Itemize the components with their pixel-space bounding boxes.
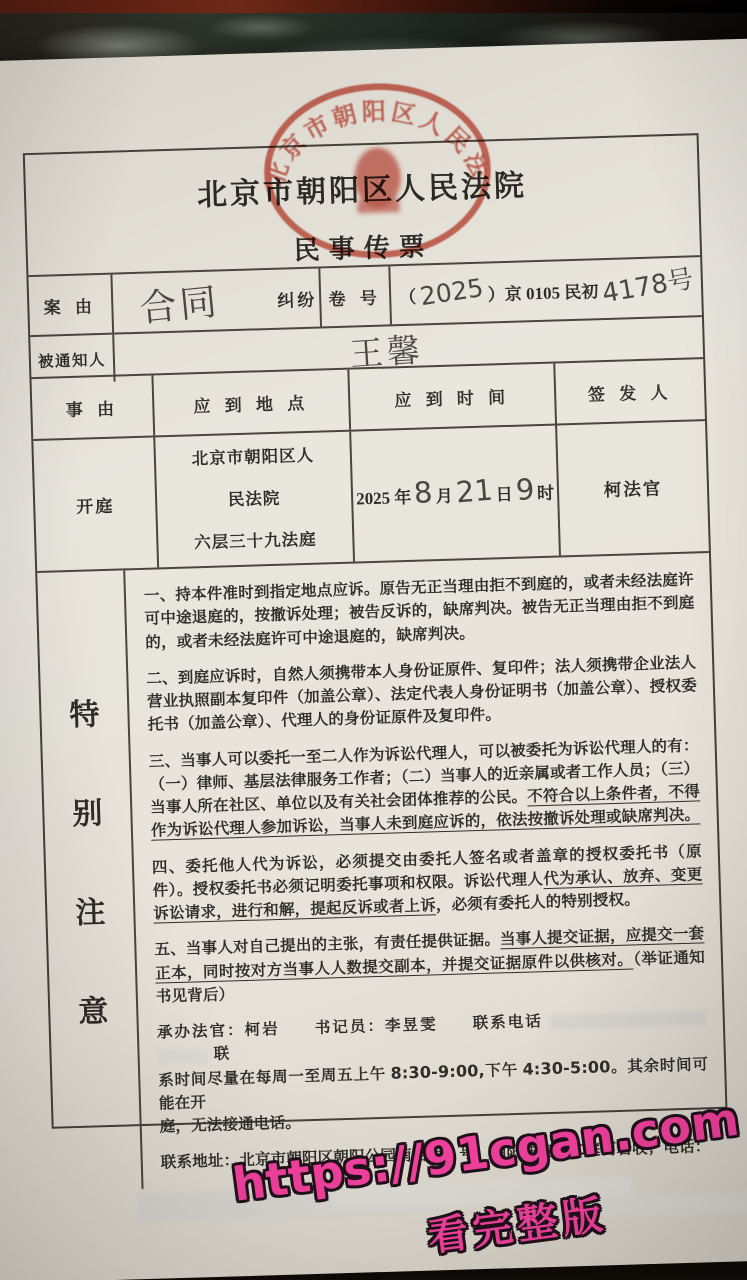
notice-char-3: 注 (75, 887, 106, 932)
file-no-label: 卷 号 (318, 266, 390, 326)
notice-char-1: 特 (69, 689, 100, 734)
header-matter: 事 由 (31, 376, 153, 440)
session-time: 2025 年 8 月 21 日 9 时 (349, 426, 559, 562)
contact-time-pm: 4:30-5:00 (522, 1057, 611, 1079)
session-issuer: 柯法官 (555, 421, 709, 555)
phone-label: 联系电话 (472, 1013, 543, 1032)
file-no-open-paren: （ (399, 282, 417, 307)
session-place: 北京市朝阳区人 民法院 六层三十九法庭 (153, 432, 353, 568)
header-time: 应 到 时 间 (347, 364, 555, 430)
summons-paper: 北京市朝阳区人民法院 北京市朝阳区人民法院 民事传票 案 由 合同 纠纷 卷 号… (0, 38, 747, 1280)
contact-time-am: 8:30-9:00, (390, 1060, 485, 1082)
seal-emblem (354, 147, 402, 213)
session-matter: 开庭 (33, 437, 157, 571)
row-special-notice: 特 别 注 意 一、持本件准时到指定地点应诉。原告无正当理由拒不到庭的，或者未经… (37, 551, 725, 1127)
phone-redaction (549, 1010, 707, 1030)
notice-char-4: 意 (78, 986, 109, 1031)
file-no-number-handwriting: 4178号 (599, 258, 696, 310)
clerk-name: 书记员：李昱雯 (315, 1016, 438, 1037)
notice-paragraph-2: 二、到庭应诉时，自然人须携带本人身份证原件、复印件；法人须携带企业法人营业执照副… (146, 651, 698, 737)
notice-paragraph-1: 一、持本件准时到指定地点应诉。原告无正当理由拒不到庭的，或者未经法庭许可中途退庭… (144, 569, 696, 655)
time-day-printed: 日 (495, 479, 513, 504)
case-cause-label: 案 由 (28, 275, 112, 335)
summons-table: 北京市朝阳区人民法院 民事传票 案 由 合同 纠纷 卷 号 （ 2025 ）京 … (23, 133, 728, 1129)
time-hour-printed: 时 (537, 478, 555, 503)
table-edge-strip (0, 0, 747, 13)
place-line-1: 北京市朝阳区人 (191, 435, 315, 481)
time-month-handwriting: 8 (413, 475, 434, 510)
contact-cont-char: 联 (213, 1046, 229, 1063)
photo-of-court-summons: { "doc": { "court": "北京市朝阳区人民法院", "doc_t… (0, 0, 747, 1280)
phone-redaction-2 (157, 1048, 209, 1065)
notice-char-2: 别 (72, 788, 103, 833)
notice-paragraph-4: 四、委托他人代为诉讼，必须提交由委托人签名或者盖章的授权委托书（原件）。授权委托… (152, 840, 704, 926)
time-day-handwriting: 21 (454, 473, 494, 510)
file-no-year-handwriting: 2025 (418, 272, 485, 310)
file-no-value: （ 2025 ）京 0105 民初 4178号 (388, 257, 702, 324)
time-month-printed: 月 (435, 481, 453, 506)
row-session: 开庭 北京市朝阳区人 民法院 六层三十九法庭 2025 年 8 月 21 日 9… (33, 419, 709, 571)
case-cause-value: 合同 纠纷 (110, 269, 320, 333)
notice-body: 一、持本件准时到指定地点应诉。原告无正当理由拒不到庭的，或者未经法庭许可中途退庭… (123, 553, 727, 1189)
place-line-3: 六层三十九法庭 (194, 519, 318, 565)
time-year-printed: 2025 年 (356, 482, 412, 509)
header-issuer: 签 发 人 (553, 359, 705, 423)
case-cause-printed: 纠纷 (277, 285, 318, 311)
case-cause-handwriting: 合同 (137, 271, 222, 333)
place-line-2: 民法院 (192, 477, 316, 523)
judge-name: 承办法官：柯岩 (157, 1021, 280, 1042)
notice-paragraph-5: 五、当事人对自己提出的主张，有责任提供证据。当事人提交证据，应提交一套正本，同时… (154, 923, 706, 1009)
court-seal: 北京市朝阳区人民法院 (255, 74, 501, 271)
time-hour-handwriting: 9 (514, 472, 535, 507)
header-place: 应 到 地 点 (151, 370, 349, 436)
notice-paragraph-3: 三、当事人可以委托一至二人作为诉讼代理人，可以被委托为诉讼代理人的有：（一）律师… (149, 734, 702, 843)
file-no-printed: ）京 0105 民初 (487, 277, 598, 305)
